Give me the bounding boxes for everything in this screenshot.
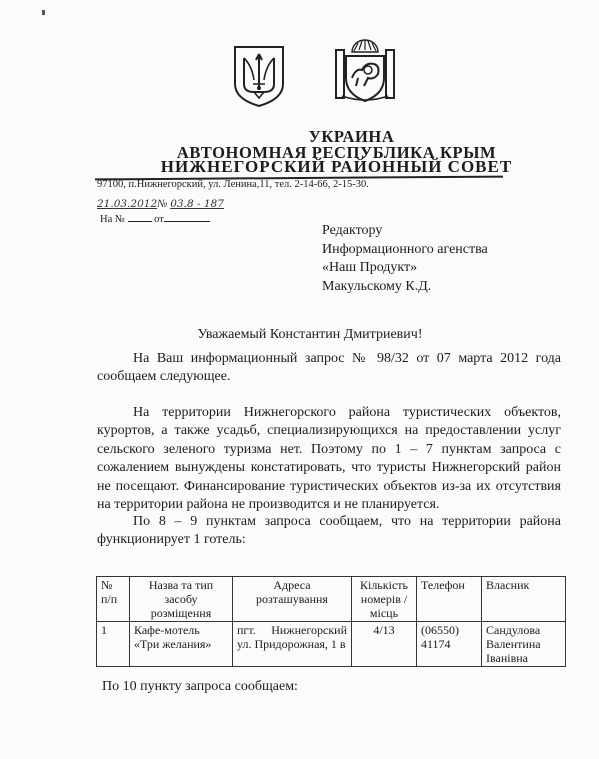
col-header-owner: Власник	[482, 577, 566, 622]
crimea-coat-of-arms-icon	[334, 38, 396, 104]
paragraph-tourism: На территории Нижнегорского района турис…	[97, 404, 561, 514]
col-header-number: № п/п	[97, 577, 130, 622]
paragraph-request: На Ваш информационный запрос № 98/32 от …	[97, 350, 561, 387]
cell-owner: Сандулова Валентина Іванівна	[482, 622, 566, 667]
ref-number-blank	[128, 212, 152, 222]
ref-number-label: На №	[100, 214, 125, 225]
table-row: 1 Кафе-мотель «Три желания» пгт. Нижнего…	[97, 622, 566, 667]
recipient-line: Информационного агенства	[322, 241, 488, 260]
incoming-reference: На № от	[100, 212, 210, 225]
recipient-line: Макульскому К.Д.	[322, 278, 488, 297]
ref-from-label: от	[154, 214, 164, 225]
greeting: Уважаемый Константин Дмитриевич!	[0, 327, 599, 343]
outgoing-reference: 21.03.2012№ 03.8 - 187	[97, 198, 224, 210]
outgoing-number: 03.8 - 187	[170, 198, 224, 210]
col-header-address: Адреса розташування	[233, 577, 352, 622]
cell-number: 1	[97, 622, 130, 667]
ukraine-trident-icon	[232, 44, 286, 108]
recipient-line: Редактору	[322, 222, 488, 241]
col-header-rooms: Кількість номерів /місць	[352, 577, 417, 622]
table-header-row: № п/п Назва та тип засобу розміщення Адр…	[97, 577, 566, 622]
ref-date-blank	[164, 212, 210, 222]
outgoing-date: 21.03.2012	[97, 198, 157, 210]
hotels-table: № п/п Назва та тип засобу розміщення Адр…	[96, 576, 566, 667]
col-header-phone: Телефон	[417, 577, 482, 622]
org-address: 97100, п.Нижнегорский, ул. Ленина,11, те…	[97, 179, 369, 190]
cell-rooms: 4/13	[352, 622, 417, 667]
cell-name: Кафе-мотель «Три желания»	[130, 622, 233, 667]
recipient-line: «Наш Продукт»	[322, 259, 488, 278]
paragraph-hotels: По 8 – 9 пунктам запроса сообщаем, что н…	[97, 513, 561, 550]
cell-phone: (06550) 41174	[417, 622, 482, 667]
outgoing-number-label: №	[157, 198, 167, 210]
col-header-name: Назва та тип засобу розміщення	[130, 577, 233, 622]
org-council: НИЖНЕГОРСКИЙ РАЙОННЫЙ СОВЕТ	[37, 158, 599, 175]
recipient-block: Редактору Информационного агенства «Наш …	[322, 222, 488, 296]
cell-address: пгт. Нижнегорский ул. Придорожная, 1 в	[233, 622, 352, 667]
paragraph-item-10: По 10 пункту запроса сообщаем:	[102, 678, 566, 696]
scan-mark	[42, 10, 45, 15]
